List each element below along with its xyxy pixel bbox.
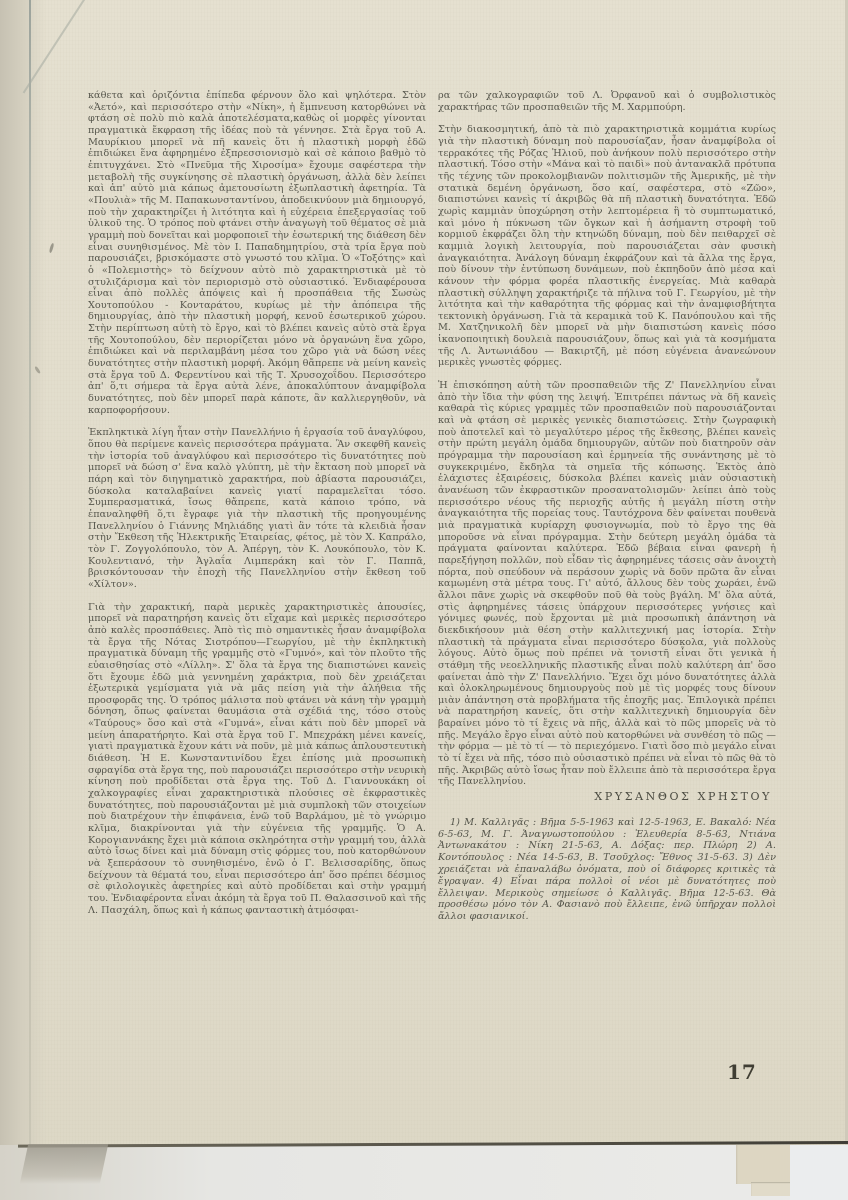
spine-crease-line — [29, 0, 31, 1145]
right-text-column: ρα τῶν χαλκογραφιῶν τοῦ Λ. Ὀρφανοῦ καὶ ὁ… — [438, 90, 776, 923]
paragraph: Γιὰ τὴν χαρακτική, παρὰ μερικὲς χαρακτηρ… — [88, 602, 426, 917]
paragraph: Στὴν διακοσμητική, ἀπὸ τὰ πιὸ χαρακτηρισ… — [438, 124, 776, 369]
scanned-magazine-page: κάθετα καὶ ὁριζόντια ἐπίπεδα φέρνουν ὅλο… — [0, 0, 848, 1200]
paragraph: Ἡ ἐπισκόπηση αὐτὴ τῶν προσπαθειῶν τῆς Ζ'… — [438, 380, 776, 788]
dust-speck — [49, 243, 55, 253]
page-paper: κάθετα καὶ ὁριζόντια ἐπίπεδα φέρνουν ὅλο… — [0, 0, 848, 1145]
bottom-left-shadow — [20, 1144, 109, 1184]
paragraph: κάθετα καὶ ὁριζόντια ἐπίπεδα φέρνουν ὅλο… — [88, 90, 426, 416]
scan-background-corner — [790, 1142, 848, 1200]
right-column-paragraphs: ρα τῶν χαλκογραφιῶν τοῦ Λ. Ὀρφανοῦ καὶ ὁ… — [438, 90, 776, 788]
left-text-column: κάθετα καὶ ὁριζόντια ἐπίπεδα φέρνουν ὅλο… — [88, 90, 426, 916]
footnotes: 1) Μ. Καλλιγᾶς : Βῆμα 5-5-1963 καὶ 12-5-… — [438, 817, 776, 923]
spine-shadow — [0, 0, 46, 1145]
paragraph: Ἐκπληκτικὰ λίγη ἦταν στὴν Πανελλήνιο ἡ ἐ… — [88, 427, 426, 590]
author-signature: ΧΡΥΣΑΝΘΟΣ ΧΡΗΣΤΟΥ — [438, 791, 776, 803]
paragraph: ρα τῶν χαλκογραφιῶν τοῦ Λ. Ὀρφανοῦ καὶ ὁ… — [438, 90, 776, 113]
page-number: 17 — [727, 1060, 757, 1084]
